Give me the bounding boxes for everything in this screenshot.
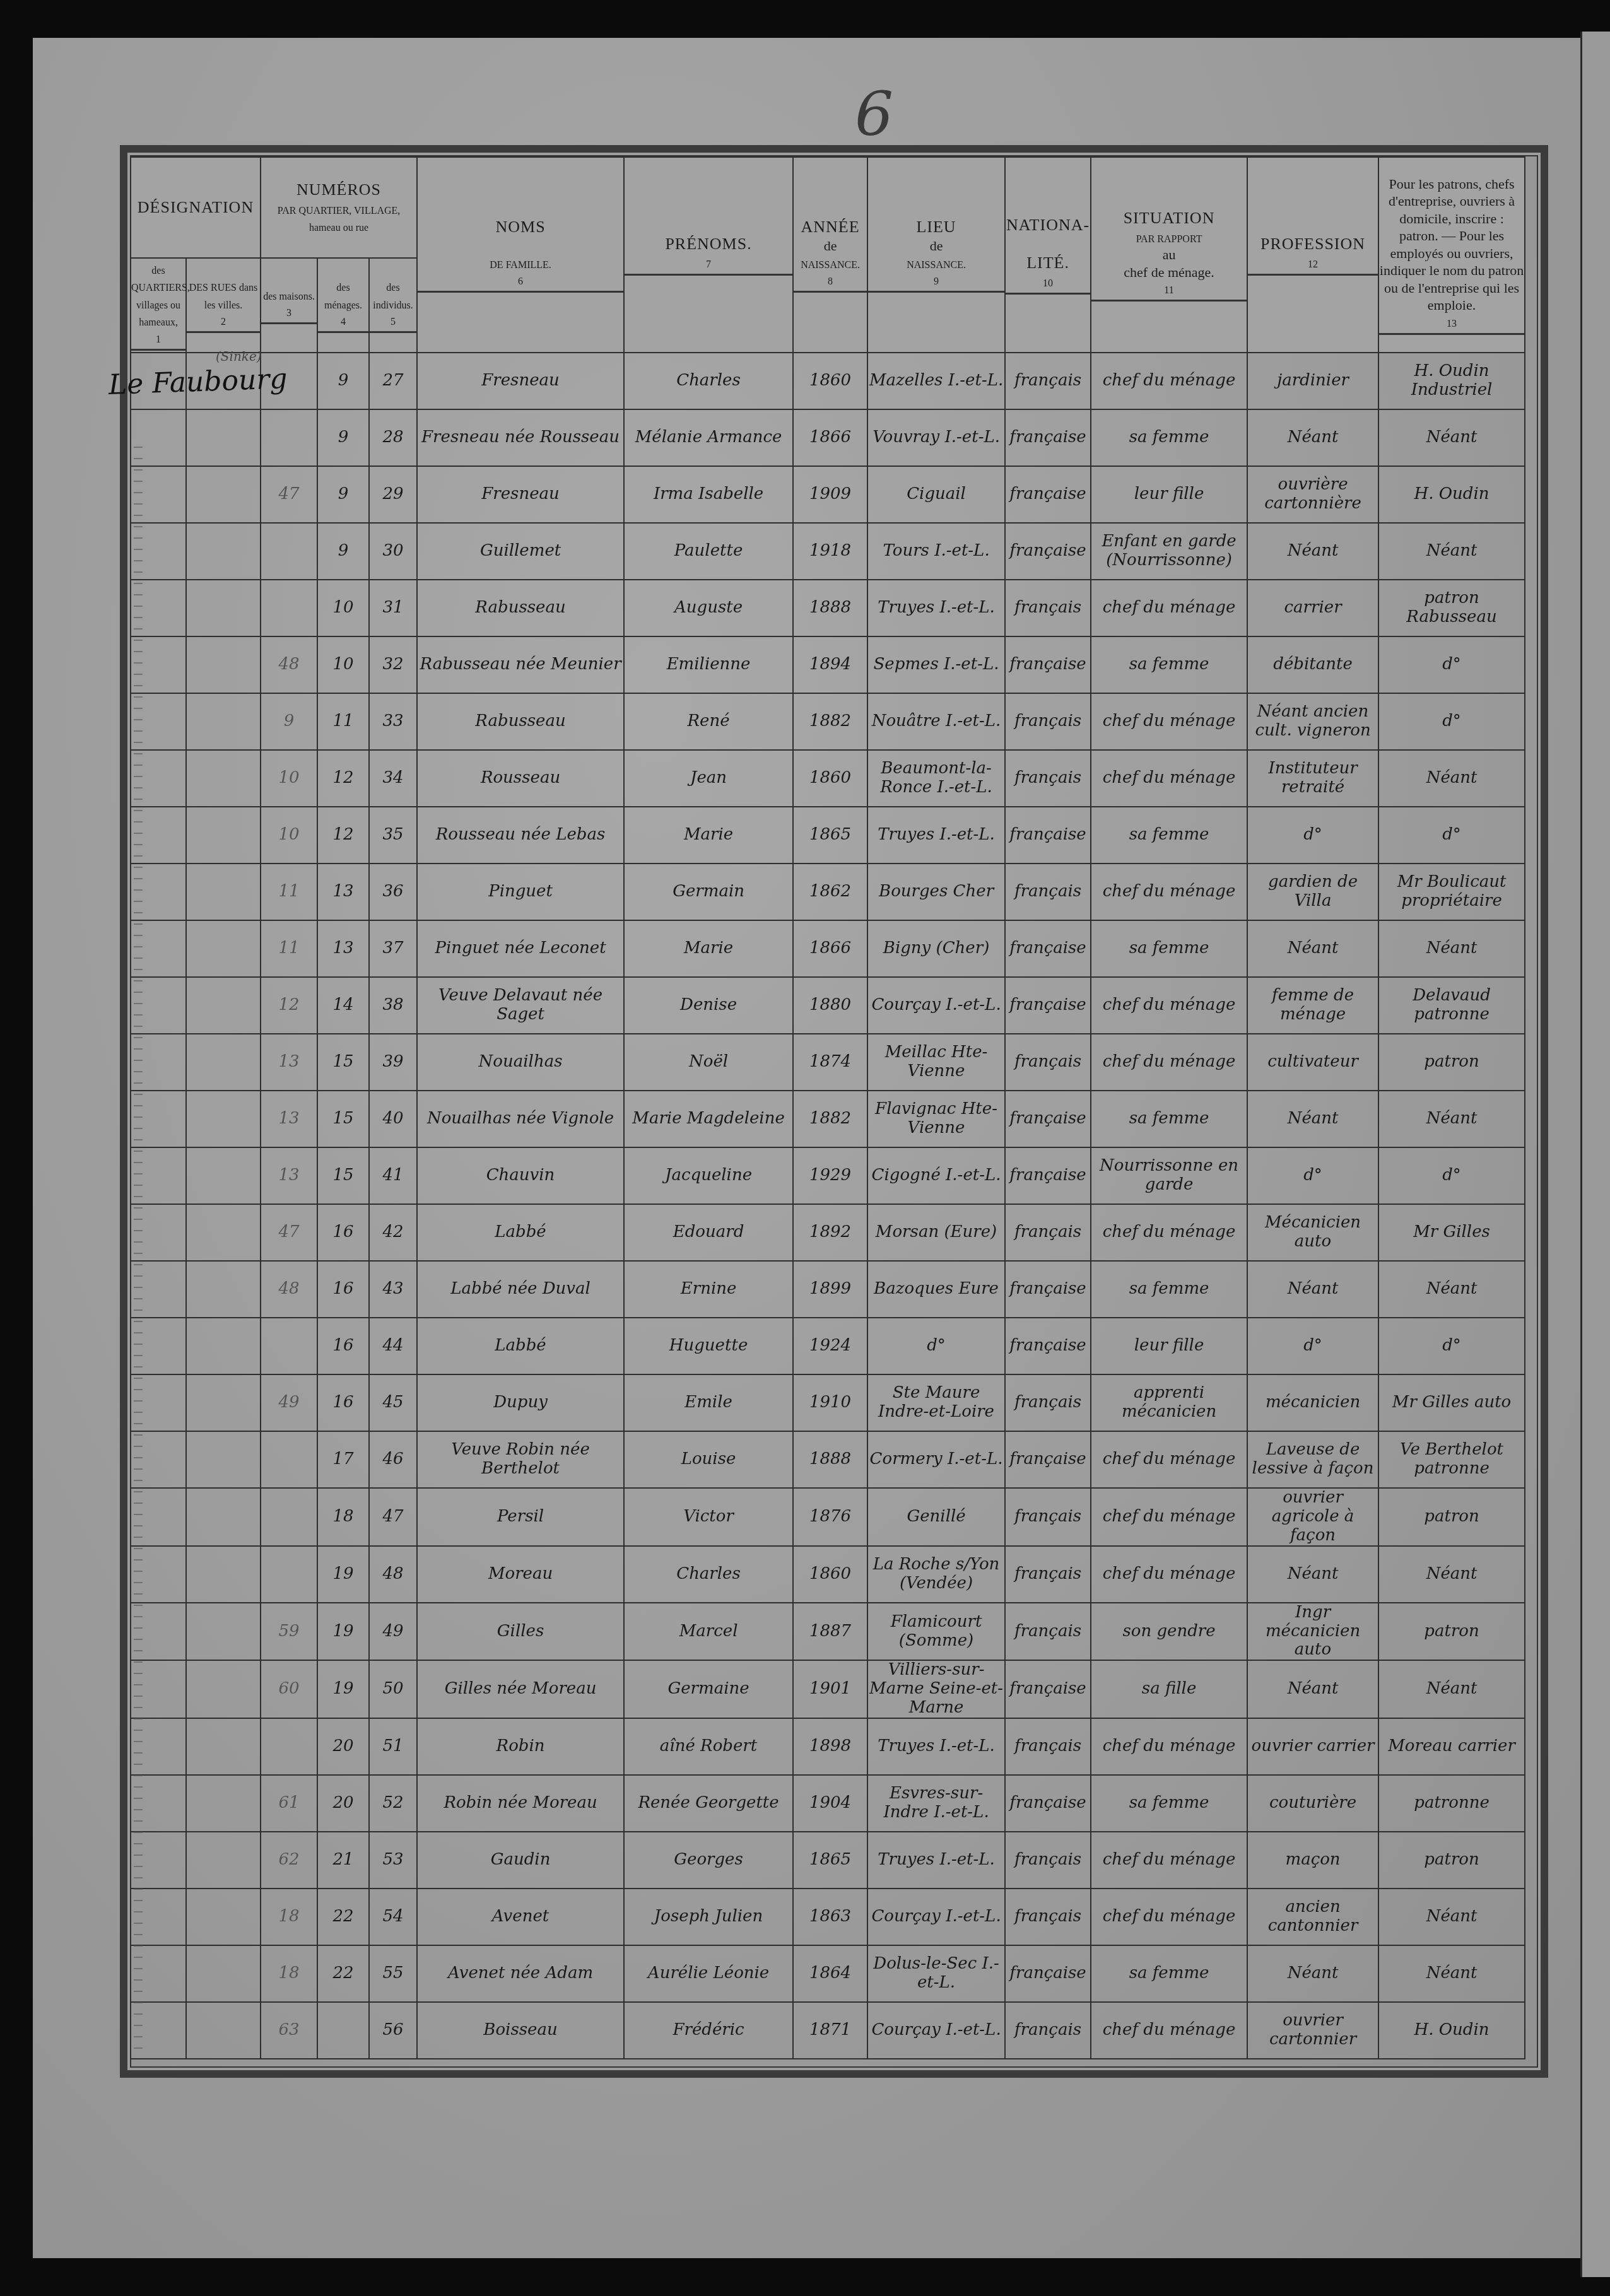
cell-nom: Chauvin — [417, 1147, 624, 1204]
cell-individu: 43 — [369, 1261, 417, 1318]
cell-individu: 35 — [369, 807, 417, 864]
cell-situation: sa femme — [1091, 1775, 1247, 1832]
cell-individu: 29 — [369, 466, 417, 523]
cell-lieu: Courçay I.-et-L. — [867, 2002, 1005, 2059]
cell-menage — [317, 2002, 369, 2059]
header-des-individus: des individus.5 — [369, 258, 417, 353]
cell-nom: Rousseau née Lebas — [417, 807, 624, 864]
cell-annee: 1871 — [793, 2002, 867, 2059]
header-des-rues: DES RUES dans les villes.2 — [186, 258, 261, 353]
cell-prenom: Irma Isabelle — [624, 466, 793, 523]
cell-nom: Nouailhas née Vignole — [417, 1091, 624, 1147]
cell-prenom: Marie — [624, 920, 793, 977]
cell-profession: débitante — [1247, 636, 1378, 693]
cell-profession: maçon — [1247, 1832, 1378, 1889]
cell-patron: Néant — [1378, 1945, 1525, 2002]
cell-rue — [186, 1546, 261, 1603]
cell-nationalite: française — [1005, 466, 1091, 523]
cell-annee: 1887 — [793, 1603, 867, 1661]
cell-menage: 20 — [317, 1718, 369, 1775]
cell-nom: Labbé née Duval — [417, 1261, 624, 1318]
cell-annee: 1874 — [793, 1034, 867, 1091]
cell-profession: Néant — [1247, 1261, 1378, 1318]
table-row: 1948MoreauCharles1860La Roche s/Yon (Ven… — [131, 1546, 1525, 1603]
cell-patron: Néant — [1378, 523, 1525, 580]
cell-rue — [186, 1775, 261, 1832]
cell-rue — [186, 1889, 261, 1945]
header-lieu: LIEU de NAISSANCE. 9 — [867, 157, 1005, 353]
cell-rue — [186, 580, 261, 636]
cell-lieu: Truyes I.-et-L. — [867, 807, 1005, 864]
cell-nom: Fresneau — [417, 466, 624, 523]
cell-situation: chef du ménage — [1091, 353, 1247, 409]
cell-annee: 1901 — [793, 1660, 867, 1718]
cell-annee: 1865 — [793, 807, 867, 864]
cell-nationalite: français — [1005, 1034, 1091, 1091]
cell-nationalite: française — [1005, 1147, 1091, 1204]
cell-situation: chef du ménage — [1091, 864, 1247, 920]
cell-nom: Avenet — [417, 1889, 624, 1945]
cell-nationalite: française — [1005, 523, 1091, 580]
cell-annee: 1894 — [793, 636, 867, 693]
cell-maison: 10 — [261, 750, 317, 807]
cell-nationalite: français — [1005, 2002, 1091, 2059]
table-row: 131539NouailhasNoël1874Meillac Hte-Vienn… — [131, 1034, 1525, 1091]
cell-situation: chef du ménage — [1091, 1488, 1247, 1546]
cell-menage: 16 — [317, 1204, 369, 1261]
cell-situation: chef du ménage — [1091, 977, 1247, 1034]
cell-profession: Mécanicien auto — [1247, 1204, 1378, 1261]
cell-menage: 19 — [317, 1660, 369, 1718]
cell-maison — [261, 1431, 317, 1488]
cell-patron: Mr Gilles — [1378, 1204, 1525, 1261]
cell-patron: Néant — [1378, 409, 1525, 466]
cell-menage: 22 — [317, 1889, 369, 1945]
cell-menage: 20 — [317, 1775, 369, 1832]
cell-patron: patron — [1378, 1034, 1525, 1091]
cell-prenom: Marie — [624, 807, 793, 864]
cell-situation: sa femme — [1091, 1091, 1247, 1147]
cell-patron: Moreau carrier — [1378, 1718, 1525, 1775]
page-number: 6 — [855, 79, 893, 149]
cell-patron: Mr Gilles auto — [1378, 1374, 1525, 1431]
cell-menage: 13 — [317, 920, 369, 977]
cell-situation: chef du ménage — [1091, 1889, 1247, 1945]
cell-profession: carrier — [1247, 580, 1378, 636]
cell-lieu: Sepmes I.-et-L. — [867, 636, 1005, 693]
cell-menage: 9 — [317, 523, 369, 580]
cell-profession: Laveuse de lessive à façon — [1247, 1431, 1378, 1488]
cell-prenom: Charles — [624, 1546, 793, 1603]
cell-annee: 1862 — [793, 864, 867, 920]
cell-individu: 45 — [369, 1374, 417, 1431]
cell-lieu: La Roche s/Yon (Vendée) — [867, 1546, 1005, 1603]
cell-annee: 1888 — [793, 580, 867, 636]
cell-nom: Labbé — [417, 1318, 624, 1374]
cell-menage: 18 — [317, 1488, 369, 1546]
cell-annee: 1863 — [793, 1889, 867, 1945]
cell-individu: 42 — [369, 1204, 417, 1261]
cell-rue — [186, 1204, 261, 1261]
cell-individu: 50 — [369, 1660, 417, 1718]
cell-nom: Rabusseau — [417, 693, 624, 750]
cell-prenom: Jean — [624, 750, 793, 807]
cell-situation: sa fille — [1091, 1660, 1247, 1718]
cell-nom: Pinguet — [417, 864, 624, 920]
cell-prenom: René — [624, 693, 793, 750]
cell-menage: 19 — [317, 1546, 369, 1603]
cell-nom: Guillemet — [417, 523, 624, 580]
cell-maison: 11 — [261, 864, 317, 920]
cell-maison: 9 — [261, 693, 317, 750]
table-row: 131541ChauvinJacqueline1929Cigogné I.-et… — [131, 1147, 1525, 1204]
cell-annee: 1860 — [793, 750, 867, 807]
cell-lieu: Flavignac Hte-Vienne — [867, 1091, 1005, 1147]
cell-individu: 36 — [369, 864, 417, 920]
cell-rue — [186, 1488, 261, 1546]
cell-rue — [186, 977, 261, 1034]
cell-menage: 16 — [317, 1374, 369, 1431]
table-row: 111336PinguetGermain1862Bourges Cherfran… — [131, 864, 1525, 920]
cell-profession: d° — [1247, 807, 1378, 864]
cell-maison: 48 — [261, 1261, 317, 1318]
cell-rue — [186, 1718, 261, 1775]
cell-maison: 48 — [261, 636, 317, 693]
cell-patron: Néant — [1378, 1546, 1525, 1603]
header-prenoms: PRÉNOMS. 7 — [624, 157, 793, 353]
cell-patron: H. Oudin Industriel — [1378, 353, 1525, 409]
cell-prenom: Edouard — [624, 1204, 793, 1261]
table-row: 6356BoisseauFrédéric1871Courçay I.-et-L.… — [131, 2002, 1525, 2059]
cell-annee: 1909 — [793, 466, 867, 523]
table-row: 928Fresneau née RousseauMélanie Armance1… — [131, 409, 1525, 466]
cell-profession: femme de ménage — [1247, 977, 1378, 1034]
cell-patron: patron — [1378, 1488, 1525, 1546]
cell-maison — [261, 1318, 317, 1374]
cell-individu: 34 — [369, 750, 417, 807]
cell-nom: Boisseau — [417, 2002, 624, 2059]
cell-individu: 37 — [369, 920, 417, 977]
cell-lieu: Beaumont-la-Ronce I.-et-L. — [867, 750, 1005, 807]
cell-annee: 1924 — [793, 1318, 867, 1374]
cell-profession: couturière — [1247, 1775, 1378, 1832]
cell-rue — [186, 1431, 261, 1488]
cell-annee: 1860 — [793, 353, 867, 409]
cell-lieu: Courçay I.-et-L. — [867, 1889, 1005, 1945]
cell-maison — [261, 1488, 317, 1546]
cell-profession: ouvrier carrier — [1247, 1718, 1378, 1775]
cell-rue — [186, 1832, 261, 1889]
cell-menage: 21 — [317, 1832, 369, 1889]
cell-menage: 19 — [317, 1603, 369, 1661]
cell-situation: chef du ménage — [1091, 750, 1247, 807]
cell-patron: d° — [1378, 636, 1525, 693]
table-row: 481643Labbé née DuvalErnine1899Bazoques … — [131, 1261, 1525, 1318]
cell-patron: patron — [1378, 1603, 1525, 1661]
table-row: 111337Pinguet née LeconetMarie1866Bigny … — [131, 920, 1525, 977]
rue-annotation: (Sinke) — [216, 349, 262, 364]
cell-situation: sa femme — [1091, 1261, 1247, 1318]
cell-lieu: Courçay I.-et-L. — [867, 977, 1005, 1034]
cell-nationalite: française — [1005, 1945, 1091, 2002]
cell-situation: chef du ménage — [1091, 1431, 1247, 1488]
table-row: 927FresneauCharles1860Mazelles I.-et-L.f… — [131, 353, 1525, 409]
cell-maison: 11 — [261, 920, 317, 977]
cell-prenom: Germain — [624, 864, 793, 920]
cell-nom: Rousseau — [417, 750, 624, 807]
cell-nationalite: français — [1005, 1832, 1091, 1889]
cell-patron: Néant — [1378, 920, 1525, 977]
cell-nom: Veuve Robin née Berthelot — [417, 1431, 624, 1488]
cell-lieu: Vouvray I.-et-L. — [867, 409, 1005, 466]
cell-menage: 11 — [317, 693, 369, 750]
cell-situation: chef du ménage — [1091, 1034, 1247, 1091]
cell-rue — [186, 1091, 261, 1147]
cell-annee: 1888 — [793, 1431, 867, 1488]
cell-menage: 10 — [317, 580, 369, 636]
cell-individu: 56 — [369, 2002, 417, 2059]
cell-individu: 54 — [369, 1889, 417, 1945]
cell-prenom: aîné Robert — [624, 1718, 793, 1775]
cell-nom: Persil — [417, 1488, 624, 1546]
cell-rue — [186, 636, 261, 693]
cell-prenom: Aurélie Léonie — [624, 1945, 793, 2002]
cell-lieu: Flamicourt (Somme) — [867, 1603, 1005, 1661]
cell-prenom: Denise — [624, 977, 793, 1034]
cell-menage: 17 — [317, 1431, 369, 1488]
cell-menage: 9 — [317, 409, 369, 466]
table-row: 47929FresneauIrma Isabelle1909Ciguailfra… — [131, 466, 1525, 523]
cell-prenom: Mélanie Armance — [624, 409, 793, 466]
cell-rue — [186, 1660, 261, 1718]
cell-individu: 40 — [369, 1091, 417, 1147]
table-row: 101234RousseauJean1860Beaumont-la-Ronce … — [131, 750, 1525, 807]
cell-nationalite: française — [1005, 1261, 1091, 1318]
cell-rue — [186, 1374, 261, 1431]
cell-nationalite: français — [1005, 1718, 1091, 1775]
cell-lieu: d° — [867, 1318, 1005, 1374]
cell-situation: Nourrissonne en garde — [1091, 1147, 1247, 1204]
cell-profession: Néant — [1247, 1546, 1378, 1603]
cell-profession: Néant ancien cult. vigneron — [1247, 693, 1378, 750]
cell-lieu: Morsan (Eure) — [867, 1204, 1005, 1261]
cell-rue — [186, 466, 261, 523]
cell-rue — [186, 1261, 261, 1318]
cell-lieu: Ciguail — [867, 466, 1005, 523]
cell-maison: 47 — [261, 466, 317, 523]
cell-annee: 1860 — [793, 1546, 867, 1603]
cell-patron: Néant — [1378, 1091, 1525, 1147]
cell-maison: 13 — [261, 1034, 317, 1091]
cell-annee: 1904 — [793, 1775, 867, 1832]
table-row: 1847PersilVictor1876Genilléfrançaischef … — [131, 1488, 1525, 1546]
cell-prenom: Jacqueline — [624, 1147, 793, 1204]
cell-prenom: Germaine — [624, 1660, 793, 1718]
cell-prenom: Victor — [624, 1488, 793, 1546]
cell-situation: leur fille — [1091, 1318, 1247, 1374]
cell-individu: 53 — [369, 1832, 417, 1889]
cell-profession: ouvrier agricole à façon — [1247, 1488, 1378, 1546]
cell-profession: Ingr mécanicien auto — [1247, 1603, 1378, 1661]
cell-maison: 49 — [261, 1374, 317, 1431]
cell-nom: Labbé — [417, 1204, 624, 1261]
table-row: 930GuillemetPaulette1918Tours I.-et-L.fr… — [131, 523, 1525, 580]
cell-annee: 1899 — [793, 1261, 867, 1318]
cell-profession: jardinier — [1247, 353, 1378, 409]
cell-prenom: Emile — [624, 1374, 793, 1431]
cell-situation: sa femme — [1091, 636, 1247, 693]
cell-annee: 1882 — [793, 693, 867, 750]
cell-nom: Moreau — [417, 1546, 624, 1603]
cell-nationalite: française — [1005, 1660, 1091, 1718]
cell-individu: 32 — [369, 636, 417, 693]
cell-prenom: Charles — [624, 353, 793, 409]
cell-nationalite: français — [1005, 1374, 1091, 1431]
cell-patron: d° — [1378, 807, 1525, 864]
header-noms: NOMS DE FAMILLE. 6 — [417, 157, 624, 353]
cell-prenom: Paulette — [624, 523, 793, 580]
cell-lieu: Esvres-sur-Indre I.-et-L. — [867, 1775, 1005, 1832]
table-row: 471642LabbéEdouard1892Morsan (Eure)franç… — [131, 1204, 1525, 1261]
cell-lieu: Mazelles I.-et-L. — [867, 353, 1005, 409]
cell-nationalite: française — [1005, 636, 1091, 693]
cell-lieu: Cigogné I.-et-L. — [867, 1147, 1005, 1204]
cell-lieu: Bazoques Eure — [867, 1261, 1005, 1318]
cell-nationalite: française — [1005, 920, 1091, 977]
cell-lieu: Truyes I.-et-L. — [867, 580, 1005, 636]
cell-situation: chef du ménage — [1091, 1204, 1247, 1261]
cell-situation: sa femme — [1091, 1945, 1247, 2002]
cell-nationalite: français — [1005, 1889, 1091, 1945]
cell-maison: 13 — [261, 1147, 317, 1204]
cell-situation: chef du ménage — [1091, 580, 1247, 636]
table-row: 1031RabusseauAuguste1888Truyes I.-et-L.f… — [131, 580, 1525, 636]
cell-menage: 16 — [317, 1318, 369, 1374]
table-row: 1644LabbéHuguette1924d°françaiseleur fil… — [131, 1318, 1525, 1374]
cell-patron: d° — [1378, 693, 1525, 750]
cell-situation: leur fille — [1091, 466, 1247, 523]
cell-maison: 63 — [261, 2002, 317, 2059]
cell-lieu: Dolus-le-Sec I.-et-L. — [867, 1945, 1005, 2002]
cell-lieu: Genillé — [867, 1488, 1005, 1546]
cell-maison: 18 — [261, 1945, 317, 2002]
cell-profession: ouvrière cartonnière — [1247, 466, 1378, 523]
cell-nom: Veuve Delavaut née Saget — [417, 977, 624, 1034]
cell-rue — [186, 1945, 261, 2002]
cell-nationalite: français — [1005, 353, 1091, 409]
cell-lieu: Tours I.-et-L. — [867, 523, 1005, 580]
table-row: 101235Rousseau née LebasMarie1865Truyes … — [131, 807, 1525, 864]
cell-individu: 47 — [369, 1488, 417, 1546]
cell-prenom: Marie Magdeleine — [624, 1091, 793, 1147]
cell-rue — [186, 1147, 261, 1204]
cell-rue — [186, 1318, 261, 1374]
cell-menage: 13 — [317, 864, 369, 920]
cell-individu: 44 — [369, 1318, 417, 1374]
cell-nationalite: française — [1005, 977, 1091, 1034]
cell-situation: sa femme — [1091, 920, 1247, 977]
table-row: 2051Robinaîné Robert1898Truyes I.-et-L.f… — [131, 1718, 1525, 1775]
cell-profession: ouvrier cartonnier — [1247, 2002, 1378, 2059]
cell-nom: Dupuy — [417, 1374, 624, 1431]
cell-menage: 12 — [317, 750, 369, 807]
cell-maison: 62 — [261, 1832, 317, 1889]
cell-profession: cultivateur — [1247, 1034, 1378, 1091]
cell-menage: 15 — [317, 1034, 369, 1091]
cell-nom: Fresneau — [417, 353, 624, 409]
cell-patron: Ve Berthelot patronne — [1378, 1431, 1525, 1488]
cell-situation: chef du ménage — [1091, 1832, 1247, 1889]
cell-situation: chef du ménage — [1091, 1718, 1247, 1775]
cell-maison: 18 — [261, 1889, 317, 1945]
cell-profession: Néant — [1247, 920, 1378, 977]
cell-nom: Pinguet née Leconet — [417, 920, 624, 977]
cell-prenom: Renée Georgette — [624, 1775, 793, 1832]
cell-situation: sa femme — [1091, 409, 1247, 466]
cell-prenom: Huguette — [624, 1318, 793, 1374]
cell-patron: patron Rabusseau — [1378, 580, 1525, 636]
cell-patron: Néant — [1378, 1889, 1525, 1945]
cell-patron: Néant — [1378, 1660, 1525, 1718]
table-row: 491645DupuyEmile1910Ste Maure Indre-et-L… — [131, 1374, 1525, 1431]
census-rows: 927FresneauCharles1860Mazelles I.-et-L.f… — [131, 353, 1525, 2059]
cell-lieu: Truyes I.-et-L. — [867, 1832, 1005, 1889]
cell-menage: 9 — [317, 353, 369, 409]
cell-individu: 28 — [369, 409, 417, 466]
table-row: 121438Veuve Delavaut née SagetDenise1880… — [131, 977, 1525, 1034]
cell-annee: 1910 — [793, 1374, 867, 1431]
header-annee: ANNÉE de NAISSANCE. 8 — [793, 157, 867, 353]
cell-situation: apprenti mécanicien — [1091, 1374, 1247, 1431]
cell-patron: d° — [1378, 1318, 1525, 1374]
header-nationalite: NATIONA- LITÉ. 10 — [1005, 157, 1091, 353]
cell-lieu: Ste Maure Indre-et-Loire — [867, 1374, 1005, 1431]
cell-individu: 51 — [369, 1718, 417, 1775]
cell-lieu: Villiers-sur-Marne Seine-et-Marne — [867, 1660, 1005, 1718]
cell-profession: d° — [1247, 1147, 1378, 1204]
header-designation: DÉSIGNATION — [131, 157, 261, 258]
cell-individu: 39 — [369, 1034, 417, 1091]
cell-nom: Gilles née Moreau — [417, 1660, 624, 1718]
cell-nom: Fresneau née Rousseau — [417, 409, 624, 466]
cell-maison — [261, 1718, 317, 1775]
cell-nationalite: française — [1005, 409, 1091, 466]
table-row: 612052Robin née MoreauRenée Georgette190… — [131, 1775, 1525, 1832]
cell-annee: 1876 — [793, 1488, 867, 1546]
cell-nationalite: français — [1005, 580, 1091, 636]
table-row: 131540Nouailhas née VignoleMarie Magdele… — [131, 1091, 1525, 1147]
cell-individu: 38 — [369, 977, 417, 1034]
header-situation: SITUATION PAR RAPPORT au chef de ménage.… — [1091, 157, 1247, 353]
table-row: 182254AvenetJoseph Julien1863Courçay I.-… — [131, 1889, 1525, 1945]
cell-nom: Avenet née Adam — [417, 1945, 624, 2002]
cell-individu: 55 — [369, 1945, 417, 2002]
cell-rue — [186, 523, 261, 580]
cell-nom: Gilles — [417, 1603, 624, 1661]
wavy-ditto-line — [134, 442, 143, 2056]
header-des-maisons: des maisons.3 — [261, 258, 317, 353]
cell-profession: Instituteur retraité — [1247, 750, 1378, 807]
cell-situation: chef du ménage — [1091, 1546, 1247, 1603]
cell-prenom: Frédéric — [624, 2002, 793, 2059]
cell-rue — [186, 1603, 261, 1661]
cell-annee: 1880 — [793, 977, 867, 1034]
cell-menage: 14 — [317, 977, 369, 1034]
cell-maison — [261, 409, 317, 466]
cell-rue — [186, 1034, 261, 1091]
cell-annee: 1864 — [793, 1945, 867, 2002]
cell-annee: 1898 — [793, 1718, 867, 1775]
